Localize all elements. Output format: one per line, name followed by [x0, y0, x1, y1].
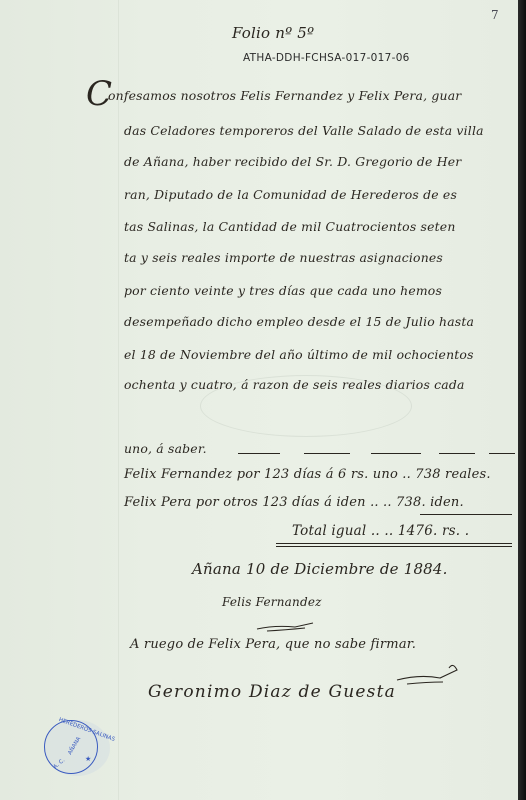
- body-line: ta y seis reales importe de nuestras asi…: [124, 250, 443, 265]
- proxy-note: A ruego de Felix Pera, que no sabe firma…: [130, 637, 416, 652]
- account-line: Felix Pera por otros 123 días á iden .. …: [124, 495, 464, 510]
- body-line: ran, Diputado de la Comunidad de Hereder…: [124, 187, 457, 202]
- subtotal-underline: [420, 514, 512, 515]
- signature-geronimo-diaz: Geronimo Diaz de Guesta: [148, 682, 396, 702]
- star-icon: ★: [85, 755, 91, 763]
- body-line: de Añana, haber recibido del Sr. D. Greg…: [124, 154, 461, 169]
- body-line: por ciento veinte y tres días que cada u…: [124, 283, 442, 298]
- signature-flourish: [255, 621, 315, 633]
- body-line: das Celadores temporeros del Valle Salad…: [124, 123, 484, 138]
- fill-dash: [371, 453, 421, 454]
- place-date: Añana 10 de Diciembre de 1884.: [192, 560, 448, 578]
- archive-stamp: HEREDEROS SALINAS AÑANA A. C. ★: [44, 720, 98, 774]
- fill-dash: [439, 453, 475, 454]
- body-line: uno, á saber.: [124, 441, 207, 456]
- fill-dash: [304, 453, 350, 454]
- total-double-underline: [276, 543, 512, 544]
- body-line: ochenta y cuatro, á razon de seis reales…: [124, 377, 465, 392]
- account-line: Felix Fernandez por 123 días á 6 rs. uno…: [124, 467, 491, 482]
- stamp-text-left: A. C.: [53, 758, 67, 771]
- body-line: tas Salinas, la Cantidad de mil Cuatroci…: [124, 219, 456, 234]
- scan-edge: [518, 0, 526, 800]
- folio-label: Folio nº 5º: [232, 24, 314, 42]
- body-line: desempeñado dicho empleo desde el 15 de …: [124, 314, 474, 329]
- document-page: 7 Folio nº 5º ATHA-DDH-FCHSA-017-017-06 …: [0, 0, 518, 800]
- body-line: el 18 de Noviembre del año último de mil…: [124, 347, 474, 362]
- signature-felis-fernandez: Felis Fernandez: [222, 595, 322, 609]
- fill-dash: [489, 453, 515, 454]
- total-double-underline: [276, 546, 512, 547]
- signature-flourish: [395, 660, 463, 690]
- fill-dash: [238, 453, 280, 454]
- archive-reference: ATHA-DDH-FCHSA-017-017-06: [243, 52, 410, 64]
- total-line: Total igual .. .. 1476. rs. .: [292, 523, 469, 539]
- page-number: 7: [491, 8, 499, 22]
- stamp-text-center: AÑANA: [67, 736, 82, 756]
- body-line: onfesamos nosotros Felis Fernandez y Fel…: [108, 88, 461, 103]
